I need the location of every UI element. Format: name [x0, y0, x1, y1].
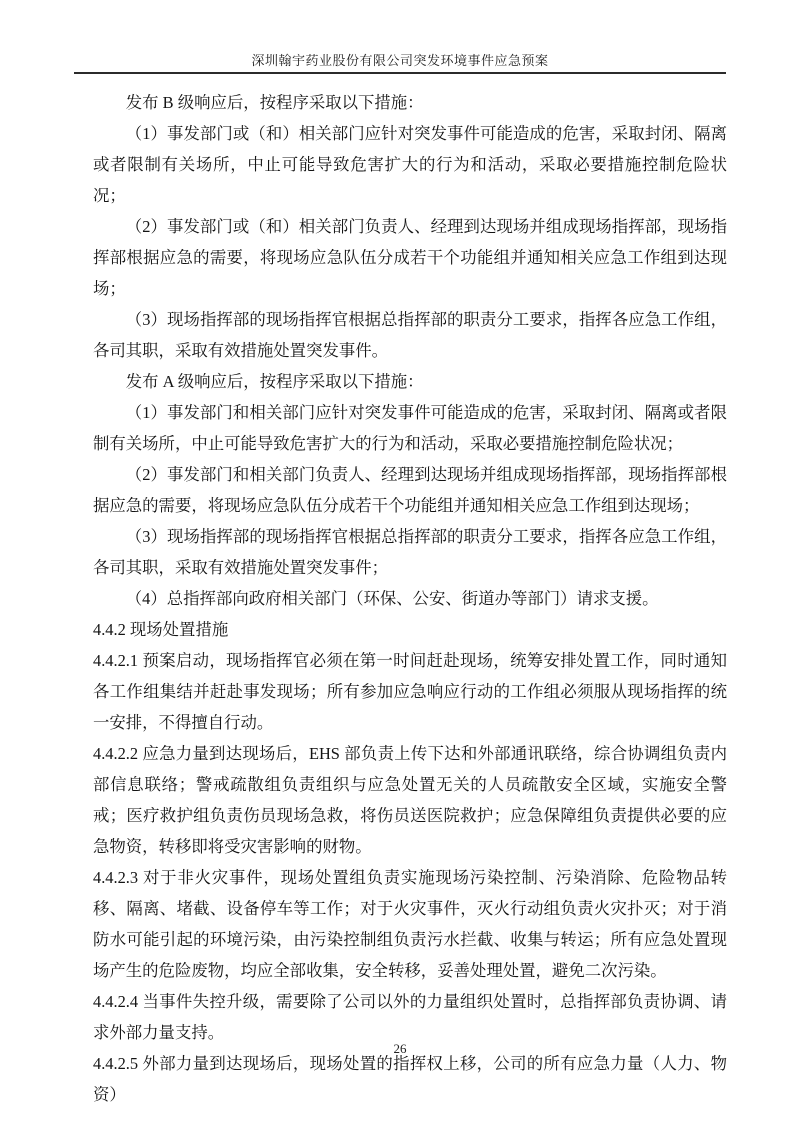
page-number: 26 — [394, 1041, 407, 1056]
paragraph-a-level-intro: 发布 A 级响应后，按程序采取以下措施： — [93, 366, 727, 397]
paragraph-a-level-item-2: （2）事发部门和相关部门负责人、经理到达现场并组成现场指挥部，现场指挥部根据应急… — [93, 459, 727, 521]
paragraph-a-level-item-3: （3）现场指挥部的现场指挥官根据总指挥部的职责分工要求，指挥各应急工作组，各司其… — [93, 521, 727, 583]
paragraph-a-level-item-1: （1）事发部门和相关部门应针对突发事件可能造成的危害，采取封闭、隔离或者限制有关… — [93, 397, 727, 459]
paragraph-4-4-2-5: 4.4.2.5 外部力量到达现场后，现场处置的指挥权上移，公司的所有应急力量（人… — [93, 1048, 727, 1110]
paragraph-b-level-item-1: （1）事发部门或（和）相关部门应针对突发事件可能造成的危害，采取封闭、隔离或者限… — [93, 118, 727, 211]
paragraph-4-4-2-1: 4.4.2.1 预案启动，现场指挥官必须在第一时间赶赴现场，统筹安排处置工作，同… — [93, 645, 727, 738]
paragraph-4-4-2-4: 4.4.2.4 当事件失控升级，需要除了公司以外的力量组织处置时，总指挥部负责协… — [93, 986, 727, 1048]
document-page: 深圳翰宇药业股份有限公司突发环境事件应急预案 发布 B 级响应后，按程序采取以下… — [0, 0, 800, 1131]
paragraph-b-level-item-3: （3）现场指挥部的现场指挥官根据总指挥部的职责分工要求，指挥各应急工作组，各司其… — [93, 304, 727, 366]
header-divider — [74, 72, 726, 74]
paragraph-b-level-intro: 发布 B 级响应后，按程序采取以下措施： — [93, 87, 727, 118]
paragraph-4-4-2-3: 4.4.2.3 对于非火灾事件，现场处置组负责实施现场污染控制、污染消除、危险物… — [93, 862, 727, 986]
header-title: 深圳翰宇药业股份有限公司突发环境事件应急预案 — [0, 50, 800, 69]
paragraph-a-level-item-4: （4）总指挥部向政府相关部门（环保、公安、街道办等部门）请求支援。 — [93, 583, 727, 614]
heading-4-4-2: 4.4.2 现场处置措施 — [93, 614, 727, 645]
paragraph-b-level-item-2: （2）事发部门或（和）相关部门负责人、经理到达现场并组成现场指挥部，现场指挥部根… — [93, 211, 727, 304]
paragraph-4-4-2-2: 4.4.2.2 应急力量到达现场后，EHS 部负责上传下达和外部通讯联络，综合协… — [93, 738, 727, 862]
document-body: 发布 B 级响应后，按程序采取以下措施： （1）事发部门或（和）相关部门应针对突… — [93, 87, 727, 1110]
page-footer: 26 — [0, 1041, 800, 1057]
